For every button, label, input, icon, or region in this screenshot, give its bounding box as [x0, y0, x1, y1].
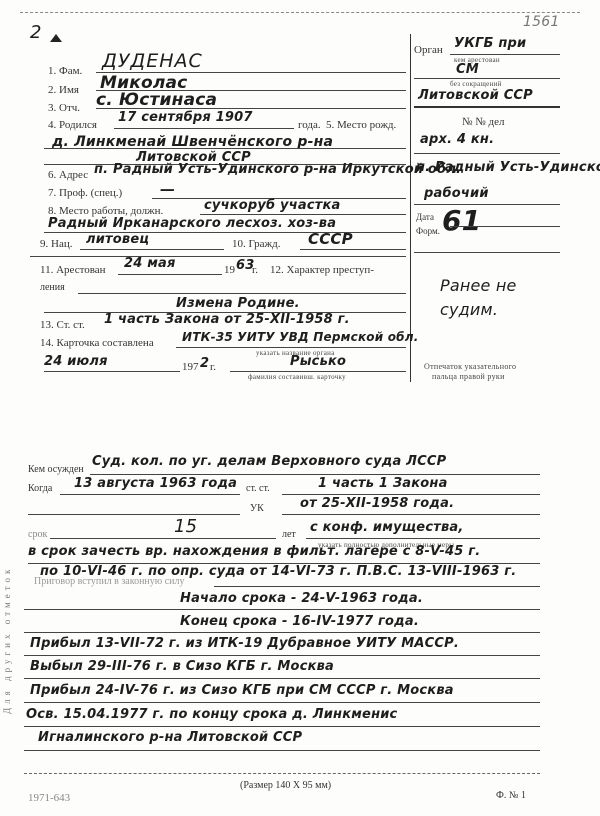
arrested-suffix: г.	[252, 264, 258, 276]
address-value-cont: п. Радный Усть-Удинского р-на Иркутской …	[416, 160, 600, 175]
rule	[306, 538, 540, 539]
when-value: 13 августа 1963 года	[74, 476, 237, 491]
rule	[96, 108, 406, 109]
born-label: 4. Родился	[48, 119, 97, 131]
note-2: по 10-VI-46 г. по опр. суда от 14-VI-73 …	[40, 564, 516, 579]
rule	[414, 204, 560, 205]
print-code: 1971-643	[28, 792, 70, 804]
card-year-prefix: 197	[182, 361, 199, 373]
card-year-suffix: г.	[210, 361, 216, 373]
citizenship-value: СССР	[308, 230, 353, 248]
when-label: Когда	[28, 483, 52, 494]
patronymic-value: с. Юстинаса	[96, 90, 217, 110]
articles-bottom-label: ст. ст.	[246, 483, 270, 494]
card-top-edge	[20, 12, 580, 13]
rule	[24, 678, 540, 679]
rule	[24, 750, 540, 751]
note-6: Выбыл 29-III-76 г. в Сизо КГБ г. Москва	[30, 659, 334, 674]
rule	[450, 226, 560, 227]
term-value: 15	[174, 516, 197, 537]
surname-label: 1. Фам.	[48, 65, 82, 77]
term-unit: лет	[282, 529, 296, 540]
note-5: Прибыл 13-VII-72 г. из ИТК-19 Дубравное …	[30, 636, 459, 651]
articles-label: 13. Ст. ст.	[40, 319, 85, 331]
rule	[78, 293, 406, 294]
born-value: 17 сентября 1907	[118, 110, 253, 125]
caption-compiler: фамилия составивш. карточку	[248, 373, 346, 381]
rule	[176, 347, 406, 348]
card-bottom-edge	[24, 773, 540, 774]
rule	[414, 153, 560, 154]
margin-label: Для других отметок	[2, 520, 16, 760]
arrested-label: 11. Арестован	[40, 264, 106, 276]
rule	[230, 371, 406, 372]
rule	[80, 249, 224, 250]
note-7: Прибыл 24-IV-76 г. из Сизо КГБ при СМ СС…	[30, 683, 454, 698]
crime-value: Измена Родине.	[176, 296, 300, 311]
uk-label: УК	[250, 503, 264, 514]
rule	[414, 78, 560, 79]
card-compiled-label: 14. Карточка составлена	[40, 337, 154, 349]
rule	[50, 538, 276, 539]
nationality-value: литовец	[86, 232, 149, 247]
convicted-by-label: Кем осужден	[28, 464, 84, 475]
rule	[414, 106, 560, 108]
rule	[282, 494, 540, 495]
rule	[90, 474, 540, 475]
address-label: 6. Адрес	[48, 169, 88, 181]
rule	[30, 256, 406, 257]
card-year: 2	[200, 356, 209, 371]
note-1: в срок зачесть вр. нахождения в фильт. л…	[28, 544, 480, 559]
born-suffix: года.	[298, 119, 321, 131]
rule	[414, 252, 560, 253]
fingerprint-caption-2: пальца правой руки	[432, 372, 505, 381]
profession-value: —	[160, 180, 175, 198]
profession-label: 7. Проф. (спец.)	[48, 187, 122, 199]
rule	[24, 655, 540, 656]
compiler-name: Рысько	[290, 354, 346, 369]
case-value: арх. 4 кн.	[420, 132, 494, 147]
form-label: Форм.	[416, 226, 440, 236]
term-label: срок	[28, 529, 47, 540]
rule	[24, 632, 540, 633]
rule	[450, 54, 560, 55]
articles-bottom-value-1: 1 часть 1 Закона	[318, 476, 448, 491]
articles-value: 1 часть Закона от 25-XII-1958 г.	[104, 312, 350, 327]
crime-label: 12. Характер преступ-	[270, 264, 374, 276]
crime-label-cont: ления	[40, 282, 65, 293]
note-9: Игналинского р-на Литовской ССР	[38, 730, 302, 745]
organ-value-3: Литовской ССР	[418, 88, 533, 103]
card-compiled-date: 24 июля	[44, 354, 108, 369]
nationality-label: 9. Нац.	[40, 238, 72, 250]
rule	[28, 514, 240, 515]
work-value-2: Радный Ирканарского лесхоз. хоз-ва	[48, 216, 336, 231]
rule	[60, 494, 240, 495]
organ-label: Орган	[414, 44, 443, 56]
rule	[24, 702, 540, 703]
remark: Ранее не судим.	[440, 274, 540, 322]
citizenship-label: 10. Гражд.	[232, 238, 281, 250]
rule	[200, 214, 406, 215]
work-value-1: сучкоруб участка	[204, 198, 340, 213]
organ-value-1: УКГБ при	[454, 36, 526, 51]
fingerprint-caption-1: Отпечаток указательного	[424, 362, 516, 371]
arrested-year-prefix: 19	[224, 264, 235, 276]
rule	[44, 371, 180, 372]
organ-value-2: СМ	[456, 62, 479, 77]
convicted-by-value: Суд. кол. по уг. делам Верховного суда Л…	[92, 454, 446, 469]
note-4: Конец срока - 16-IV-1977 года.	[180, 614, 419, 629]
date-label: Дата	[416, 212, 434, 222]
note-3: Начало срока - 24-V-1963 года.	[180, 591, 423, 606]
rule	[24, 609, 540, 610]
birthplace-label: 5. Место рожд.	[326, 119, 396, 131]
note-8: Осв. 15.04.1977 г. по концу срока д. Лин…	[26, 707, 397, 722]
form-value: 61	[442, 204, 481, 237]
term-additional: с конф. имущества,	[310, 520, 464, 535]
case-label: № № дел	[462, 116, 504, 128]
patronymic-label: 3. Отч.	[48, 102, 80, 114]
articles-bottom-value-2: от 25-XII-1958 года.	[300, 496, 454, 511]
rule	[118, 274, 222, 275]
triangle-icon	[50, 34, 62, 42]
caption-no-abbrev: без сокращений	[450, 80, 502, 88]
rule	[282, 514, 540, 515]
form-number: Ф. № 1	[496, 790, 526, 801]
address-value: п. Радный Усть-Удинского р-на Иркутской …	[94, 162, 461, 177]
rule	[114, 128, 294, 129]
rule	[300, 249, 406, 250]
archive-number: 1561	[523, 14, 559, 30]
name-label: 2. Имя	[48, 84, 79, 96]
work-position: рабочий	[424, 186, 489, 201]
rule	[24, 726, 540, 727]
size-note: (Размер 140 Х 95 мм)	[240, 780, 331, 791]
rule	[214, 586, 540, 587]
arrested-value: 24 мая	[124, 256, 176, 271]
card-compiled-organ: ИТК-35 УИТУ УВД Пермской обл.	[182, 330, 419, 344]
corner-mark: 2	[30, 22, 42, 43]
rule	[44, 148, 406, 149]
surname-value: ДУДЕНАС	[102, 50, 203, 72]
